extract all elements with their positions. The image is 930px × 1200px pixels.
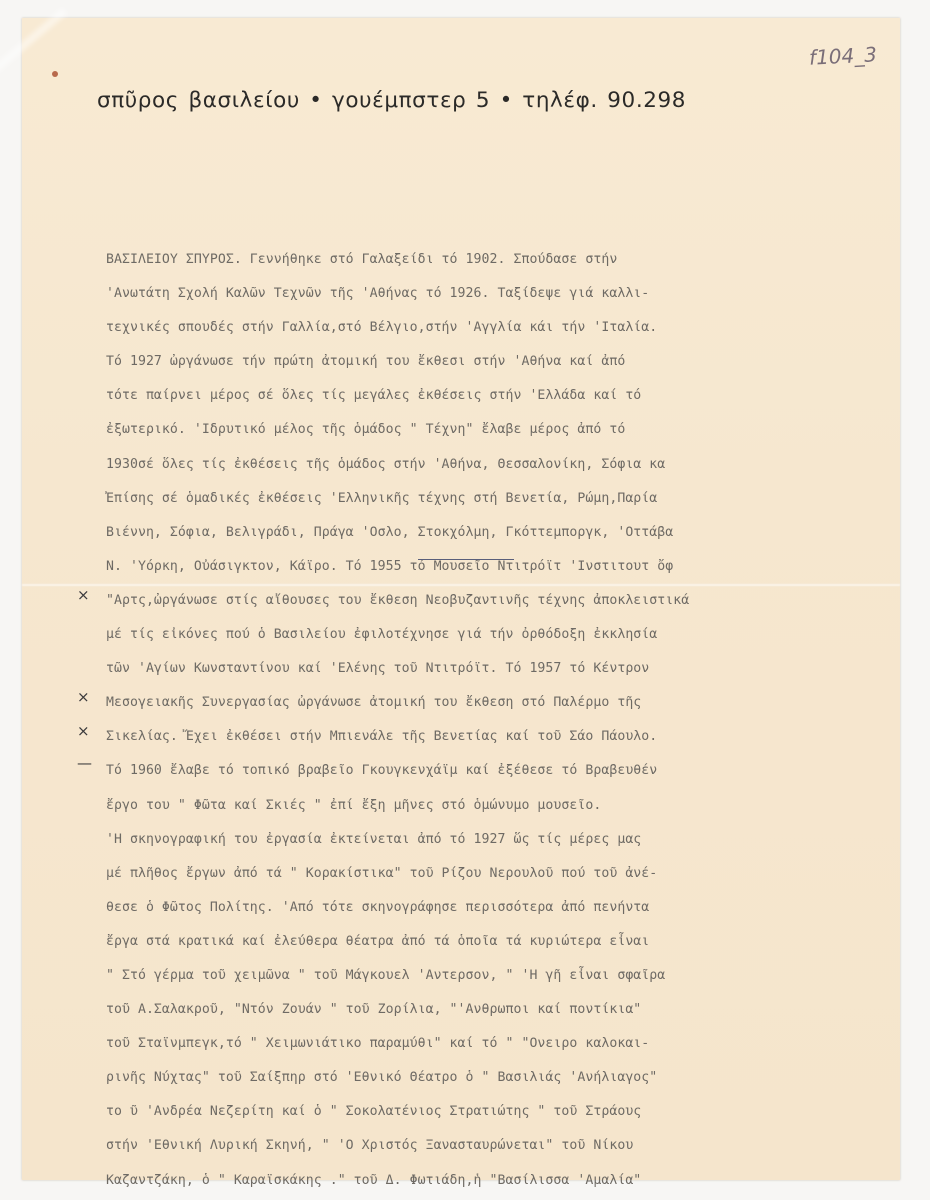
- text-line: 1930σέ ὅλες τίς ἐκθέσεις τῆς ὁμάδος στήν…: [106, 448, 886, 482]
- letterhead: σπῦρος βασιλείου • γουέμπστερ 5 • τηλέφ.…: [97, 88, 686, 113]
- text-line: Τό 1927 ὠργάνωσε τήν πρώτη ἀτομική του ἔ…: [106, 345, 886, 379]
- text-line: τοῦ Α.Σαλακροῦ, "Ντόν Ζουάν " τοῦ Ζορίλι…: [106, 993, 886, 1027]
- text-line: "Αρτς,ὠργάνωσε στίς αἴθουσες του ἔκθεση …: [106, 584, 886, 618]
- text-line: ἐξωτερικό. 'Ιδρυτικό μέλος τῆς ὁμάδος " …: [106, 413, 886, 447]
- text-line: μέ τίς εἰκόνες πού ὁ Βασιλείου ἐφιλοτέχν…: [106, 618, 886, 652]
- text-line: ρινῆς Νύχτας" τοῦ Σαίξπηρ στό 'Εθνικό Θέ…: [106, 1061, 886, 1095]
- cross-mark-icon: ×: [77, 688, 90, 706]
- text-line: " Στό γέρμα τοῦ χειμῶνα " τοῦ Μάγκουελ '…: [106, 959, 886, 993]
- text-line: Βιέννη, Σόφια, Βελιγράδι, Πράγα 'Οσλο, Σ…: [106, 516, 886, 550]
- text-line: Ἐπίσης σέ ὁμαδικές ἐκθέσεις 'Ελληνικῆς τ…: [106, 482, 886, 516]
- text-line: μέ πλῆθος ἔργων ἀπό τά " Κορακίστικα" το…: [106, 857, 886, 891]
- text-line: Σικελίας. Ἔχει ἐκθέσει στήν Μπιενάλε τῆς…: [106, 720, 886, 754]
- dash-mark-icon: —: [77, 754, 92, 772]
- text-line: Ν. 'Υόρκη, Οὐάσιγκτον, Κάϊρο. Τό 1955 τό…: [106, 550, 886, 584]
- text-line: ΒΑΣΙΛΕΙΟΥ ΣΠΥΡΟΣ. Γεννήθηκε στό Γαλαξείδ…: [106, 243, 886, 277]
- rust-stain: [52, 71, 58, 77]
- text-line: Μεσογειακῆς Συνεργασίας ὠργάνωσε ἀτομική…: [106, 686, 886, 720]
- cross-mark-icon: ×: [77, 722, 90, 740]
- cross-mark-icon: ×: [77, 586, 90, 604]
- text-line: ἔργα στά κρατικά καί ἐλεύθερα θέατρα ἀπό…: [106, 925, 886, 959]
- pen-underline: [418, 559, 514, 560]
- text-line: 'Η σκηνογραφική του ἐργασία ἐκτείνεται ἀ…: [106, 823, 886, 857]
- text-line: τεχνικές σπουδές στήν Γαλλία,στό Βέλγιο,…: [106, 311, 886, 345]
- text-line: Τό 1960 ἔλαβε τό τοπικό βραβεῖο Γκουγκεν…: [106, 754, 886, 788]
- text-line: Καζαντζάκη, ὁ " Καραϊσκάκης ." τοῦ Δ. Φω…: [106, 1164, 886, 1198]
- archive-reference-note: f104_3: [808, 42, 877, 70]
- text-line: το ῦ 'Ανδρέα Νεζερίτη καί ὁ " Σοκολατένι…: [106, 1095, 886, 1129]
- document-page: f104_3 σπῦρος βασιλείου • γουέμπστερ 5 •…: [22, 18, 900, 1180]
- text-line: τοῦ Σταϊνμπεγκ,τό " Χειμωνιάτικο παραμύθ…: [106, 1027, 886, 1061]
- text-line: ἔργο του " Φῶτα καί Σκιές " ἐπί ἔξη μῆνε…: [106, 789, 886, 823]
- text-line: στήν 'Εθνική Λυρική Σκηνή, " 'Ο Χριστός …: [106, 1129, 886, 1163]
- text-line: τῶν 'Αγίων Κωνσταντίνου καί 'Ελένης τοῦ …: [106, 652, 886, 686]
- text-line: θεσε ὁ Φῶτος Πολίτης. 'Από τότε σκηνογρά…: [106, 891, 886, 925]
- typed-biography: ΒΑΣΙΛΕΙΟΥ ΣΠΥΡΟΣ. Γεννήθηκε στό Γαλαξείδ…: [106, 243, 886, 1198]
- text-line: 'Ανωτάτη Σχολή Καλῶν Τεχνῶν τῆς 'Αθήνας …: [106, 277, 886, 311]
- text-line: τότε παίρνει μέρος σέ ὅλες τίς μεγάλες ἐ…: [106, 379, 886, 413]
